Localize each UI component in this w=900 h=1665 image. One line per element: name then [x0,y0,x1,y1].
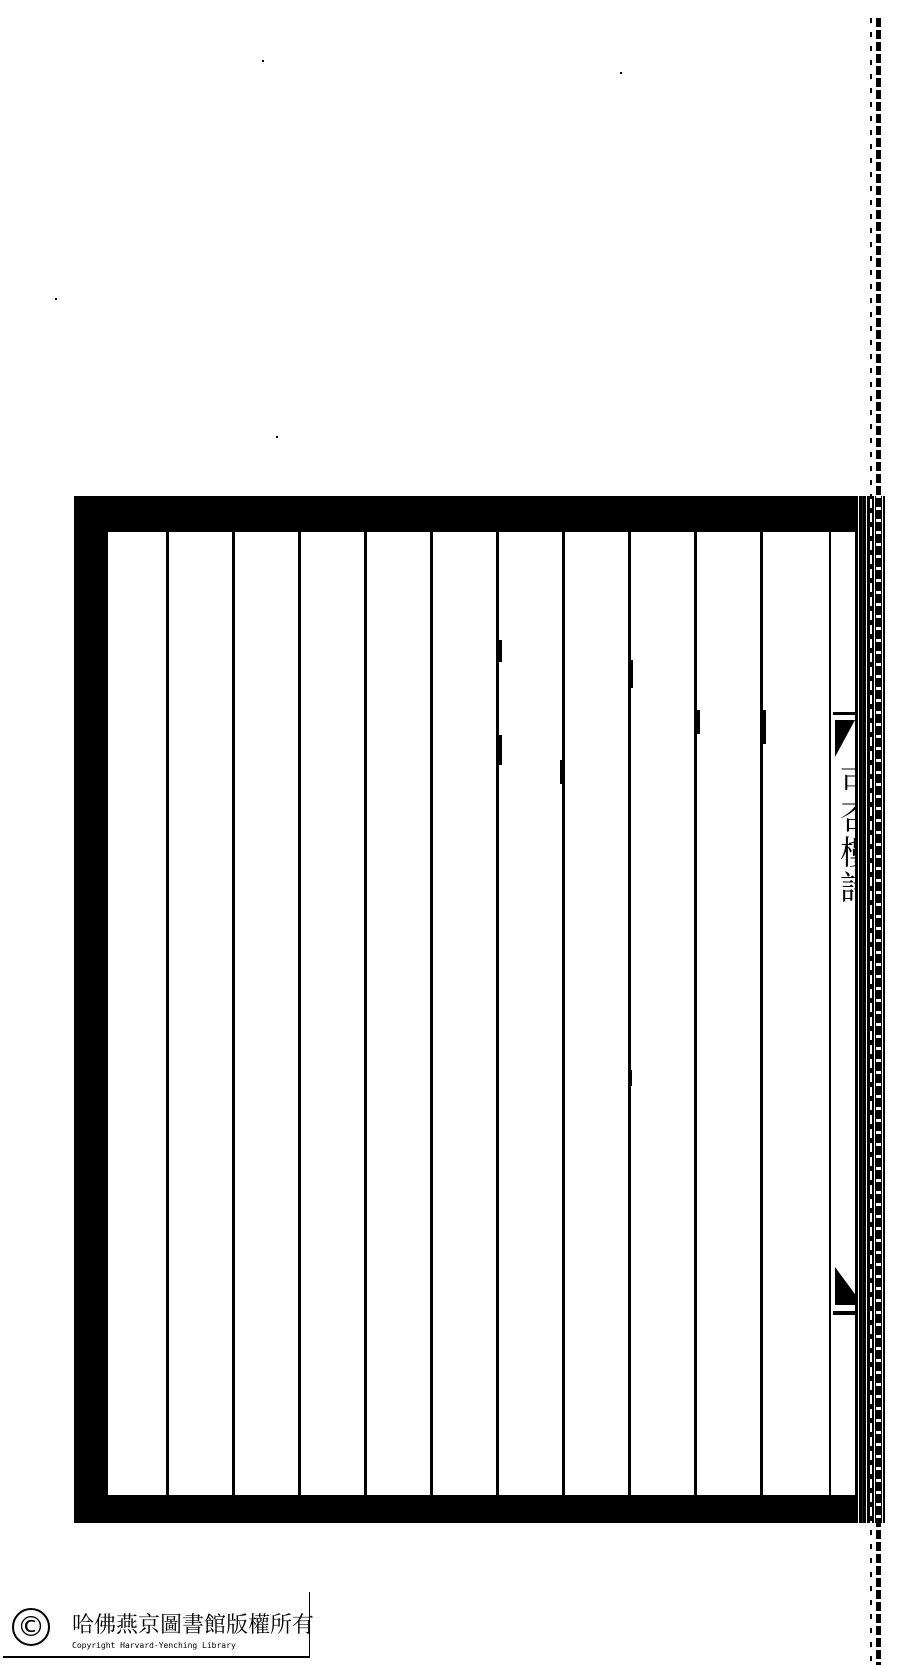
frame-bottom-border [74,1495,864,1523]
scanned-page: 可否樓詩 © 哈佛燕京圖書館版權所有 Copyright Harvard-Yen… [0,0,900,1665]
ink-blot [760,710,766,744]
banxin-left-line [829,530,831,1495]
ink-blot [628,1070,632,1086]
column-rule [562,530,565,1495]
copyright-box-edge [309,1592,310,1658]
copyright-notice: © 哈佛燕京圖書館版權所有 Copyright Harvard-Yenching… [0,1592,310,1658]
ink-blot [694,710,700,734]
ink-blot [628,660,633,688]
column-rule [760,530,763,1495]
column-rule [166,530,169,1495]
ink-blot [497,640,502,662]
copyright-chinese-text: 哈佛燕京圖書館版權所有 [72,1608,314,1639]
frame-left-inner-line [104,530,108,1495]
speck [55,298,57,300]
column-rule [232,530,235,1495]
column-rule [496,530,499,1495]
page-edge-line [870,18,872,1665]
copyright-underline [3,1656,310,1658]
speck [620,72,622,74]
column-rule [430,530,433,1495]
speck [276,436,278,438]
ink-blot [560,760,565,784]
frame-left-border [74,496,104,1523]
column-rule [364,530,367,1495]
column-rule [694,530,697,1495]
column-rule [298,530,301,1495]
copyright-icon: © [12,1608,50,1646]
copyright-english-text: Copyright Harvard-Yenching Library [72,1641,236,1650]
speck [262,60,264,62]
frame-top-border [75,496,855,532]
ink-blot [496,735,502,765]
page-edge-line [876,18,881,1665]
